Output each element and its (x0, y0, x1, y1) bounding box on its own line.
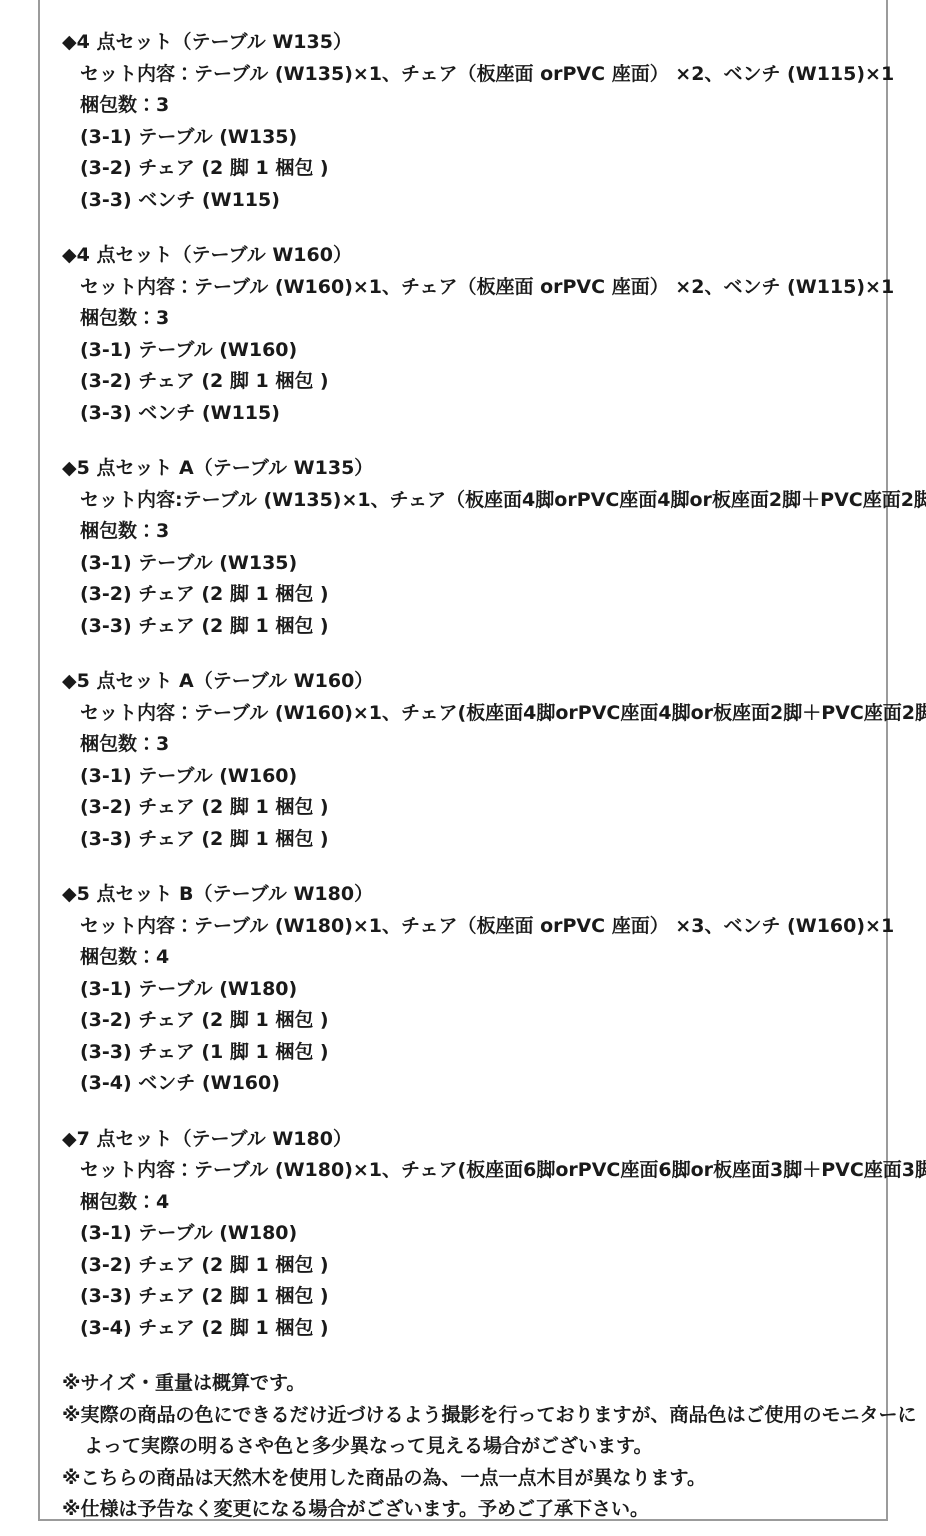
pack-count-line: 梱包数：3 (62, 729, 886, 761)
package-line: (3-2) チェア (2 脚 1 梱包 ) (62, 153, 886, 185)
package-line: (3-1) テーブル (W160) (62, 761, 886, 793)
note-line: ※実際の商品の色にできるだけ近づけるよう撮影を行っておりますが、商品色はご使用の… (62, 1400, 886, 1432)
set-contents-line: セット内容：テーブル (W160)×1、チェア(板座面4脚orPVC座面4脚or… (62, 698, 886, 730)
package-line: (3-2) チェア (2 脚 1 梱包 ) (62, 1250, 886, 1282)
package-line: (3-2) チェア (2 脚 1 梱包 ) (62, 366, 886, 398)
content-box: ◆4 点セット（テーブル W135） セット内容：テーブル (W135)×1、チ… (38, 0, 888, 1521)
set-contents-line: セット内容:テーブル (W135)×1、チェア（板座面4脚orPVC座面4脚or… (62, 485, 886, 517)
note-line: ※こちらの商品は天然木を使用した商品の為、一点一点木目が異なります。 (62, 1463, 886, 1495)
set-section-7pc-w180: ◆7 点セット（テーブル W180） セット内容：テーブル (W180)×1、チ… (62, 1124, 886, 1345)
set-title: ◆5 点セット B（テーブル W180） (62, 879, 886, 911)
note-line: ※仕様は予告なく変更になる場合がございます。予めご了承下さい。 (62, 1494, 886, 1526)
package-line: (3-1) テーブル (W160) (62, 335, 886, 367)
set-title: ◆5 点セット A（テーブル W160） (62, 666, 886, 698)
package-line: (3-3) ベンチ (W115) (62, 398, 886, 430)
set-title: ◆4 点セット（テーブル W160） (62, 240, 886, 272)
package-line: (3-4) チェア (2 脚 1 梱包 ) (62, 1313, 886, 1345)
set-section-4pc-w160: ◆4 点セット（テーブル W160） セット内容：テーブル (W160)×1、チ… (62, 240, 886, 429)
package-line: (3-3) ベンチ (W115) (62, 185, 886, 217)
pack-count-line: 梱包数：3 (62, 303, 886, 335)
set-section-4pc-w135: ◆4 点セット（テーブル W135） セット内容：テーブル (W135)×1、チ… (62, 27, 886, 216)
set-title: ◆4 点セット（テーブル W135） (62, 27, 886, 59)
set-title: ◆7 点セット（テーブル W180） (62, 1124, 886, 1156)
set-section-5pc-a-w135: ◆5 点セット A（テーブル W135） セット内容:テーブル (W135)×1… (62, 453, 886, 642)
package-line: (3-1) テーブル (W180) (62, 1218, 886, 1250)
package-line: (3-2) チェア (2 脚 1 梱包 ) (62, 1005, 886, 1037)
set-contents-line: セット内容：テーブル (W180)×1、チェア（板座面 orPVC 座面） ×3… (62, 911, 886, 943)
package-line: (3-3) チェア (2 脚 1 梱包 ) (62, 824, 886, 856)
package-line: (3-3) チェア (1 脚 1 梱包 ) (62, 1037, 886, 1069)
package-line: (3-4) ベンチ (W160) (62, 1068, 886, 1100)
set-contents-line: セット内容：テーブル (W160)×1、チェア（板座面 orPVC 座面） ×2… (62, 272, 886, 304)
set-contents-line: セット内容：テーブル (W180)×1、チェア(板座面6脚orPVC座面6脚or… (62, 1155, 886, 1187)
package-line: (3-1) テーブル (W135) (62, 548, 886, 580)
set-contents-line: セット内容：テーブル (W135)×1、チェア（板座面 orPVC 座面） ×2… (62, 59, 886, 91)
pack-count-line: 梱包数：3 (62, 516, 886, 548)
set-title: ◆5 点セット A（テーブル W135） (62, 453, 886, 485)
package-line: (3-2) チェア (2 脚 1 梱包 ) (62, 792, 886, 824)
set-section-5pc-b-w180: ◆5 点セット B（テーブル W180） セット内容：テーブル (W180)×1… (62, 879, 886, 1100)
set-section-5pc-a-w160: ◆5 点セット A（テーブル W160） セット内容：テーブル (W160)×1… (62, 666, 886, 855)
package-line: (3-3) チェア (2 脚 1 梱包 ) (62, 611, 886, 643)
pack-count-line: 梱包数：3 (62, 90, 886, 122)
package-line: (3-2) チェア (2 脚 1 梱包 ) (62, 579, 886, 611)
note-line-continuation: よって実際の明るさや色と多少異なって見える場合がございます。 (62, 1431, 886, 1463)
note-line: ※サイズ・重量は概算です。 (62, 1368, 886, 1400)
package-line: (3-1) テーブル (W180) (62, 974, 886, 1006)
pack-count-line: 梱包数：4 (62, 942, 886, 974)
pack-count-line: 梱包数：4 (62, 1187, 886, 1219)
package-line: (3-3) チェア (2 脚 1 梱包 ) (62, 1281, 886, 1313)
package-line: (3-1) テーブル (W135) (62, 122, 886, 154)
notes: ※サイズ・重量は概算です。 ※実際の商品の色にできるだけ近づけるよう撮影を行って… (62, 1368, 886, 1526)
